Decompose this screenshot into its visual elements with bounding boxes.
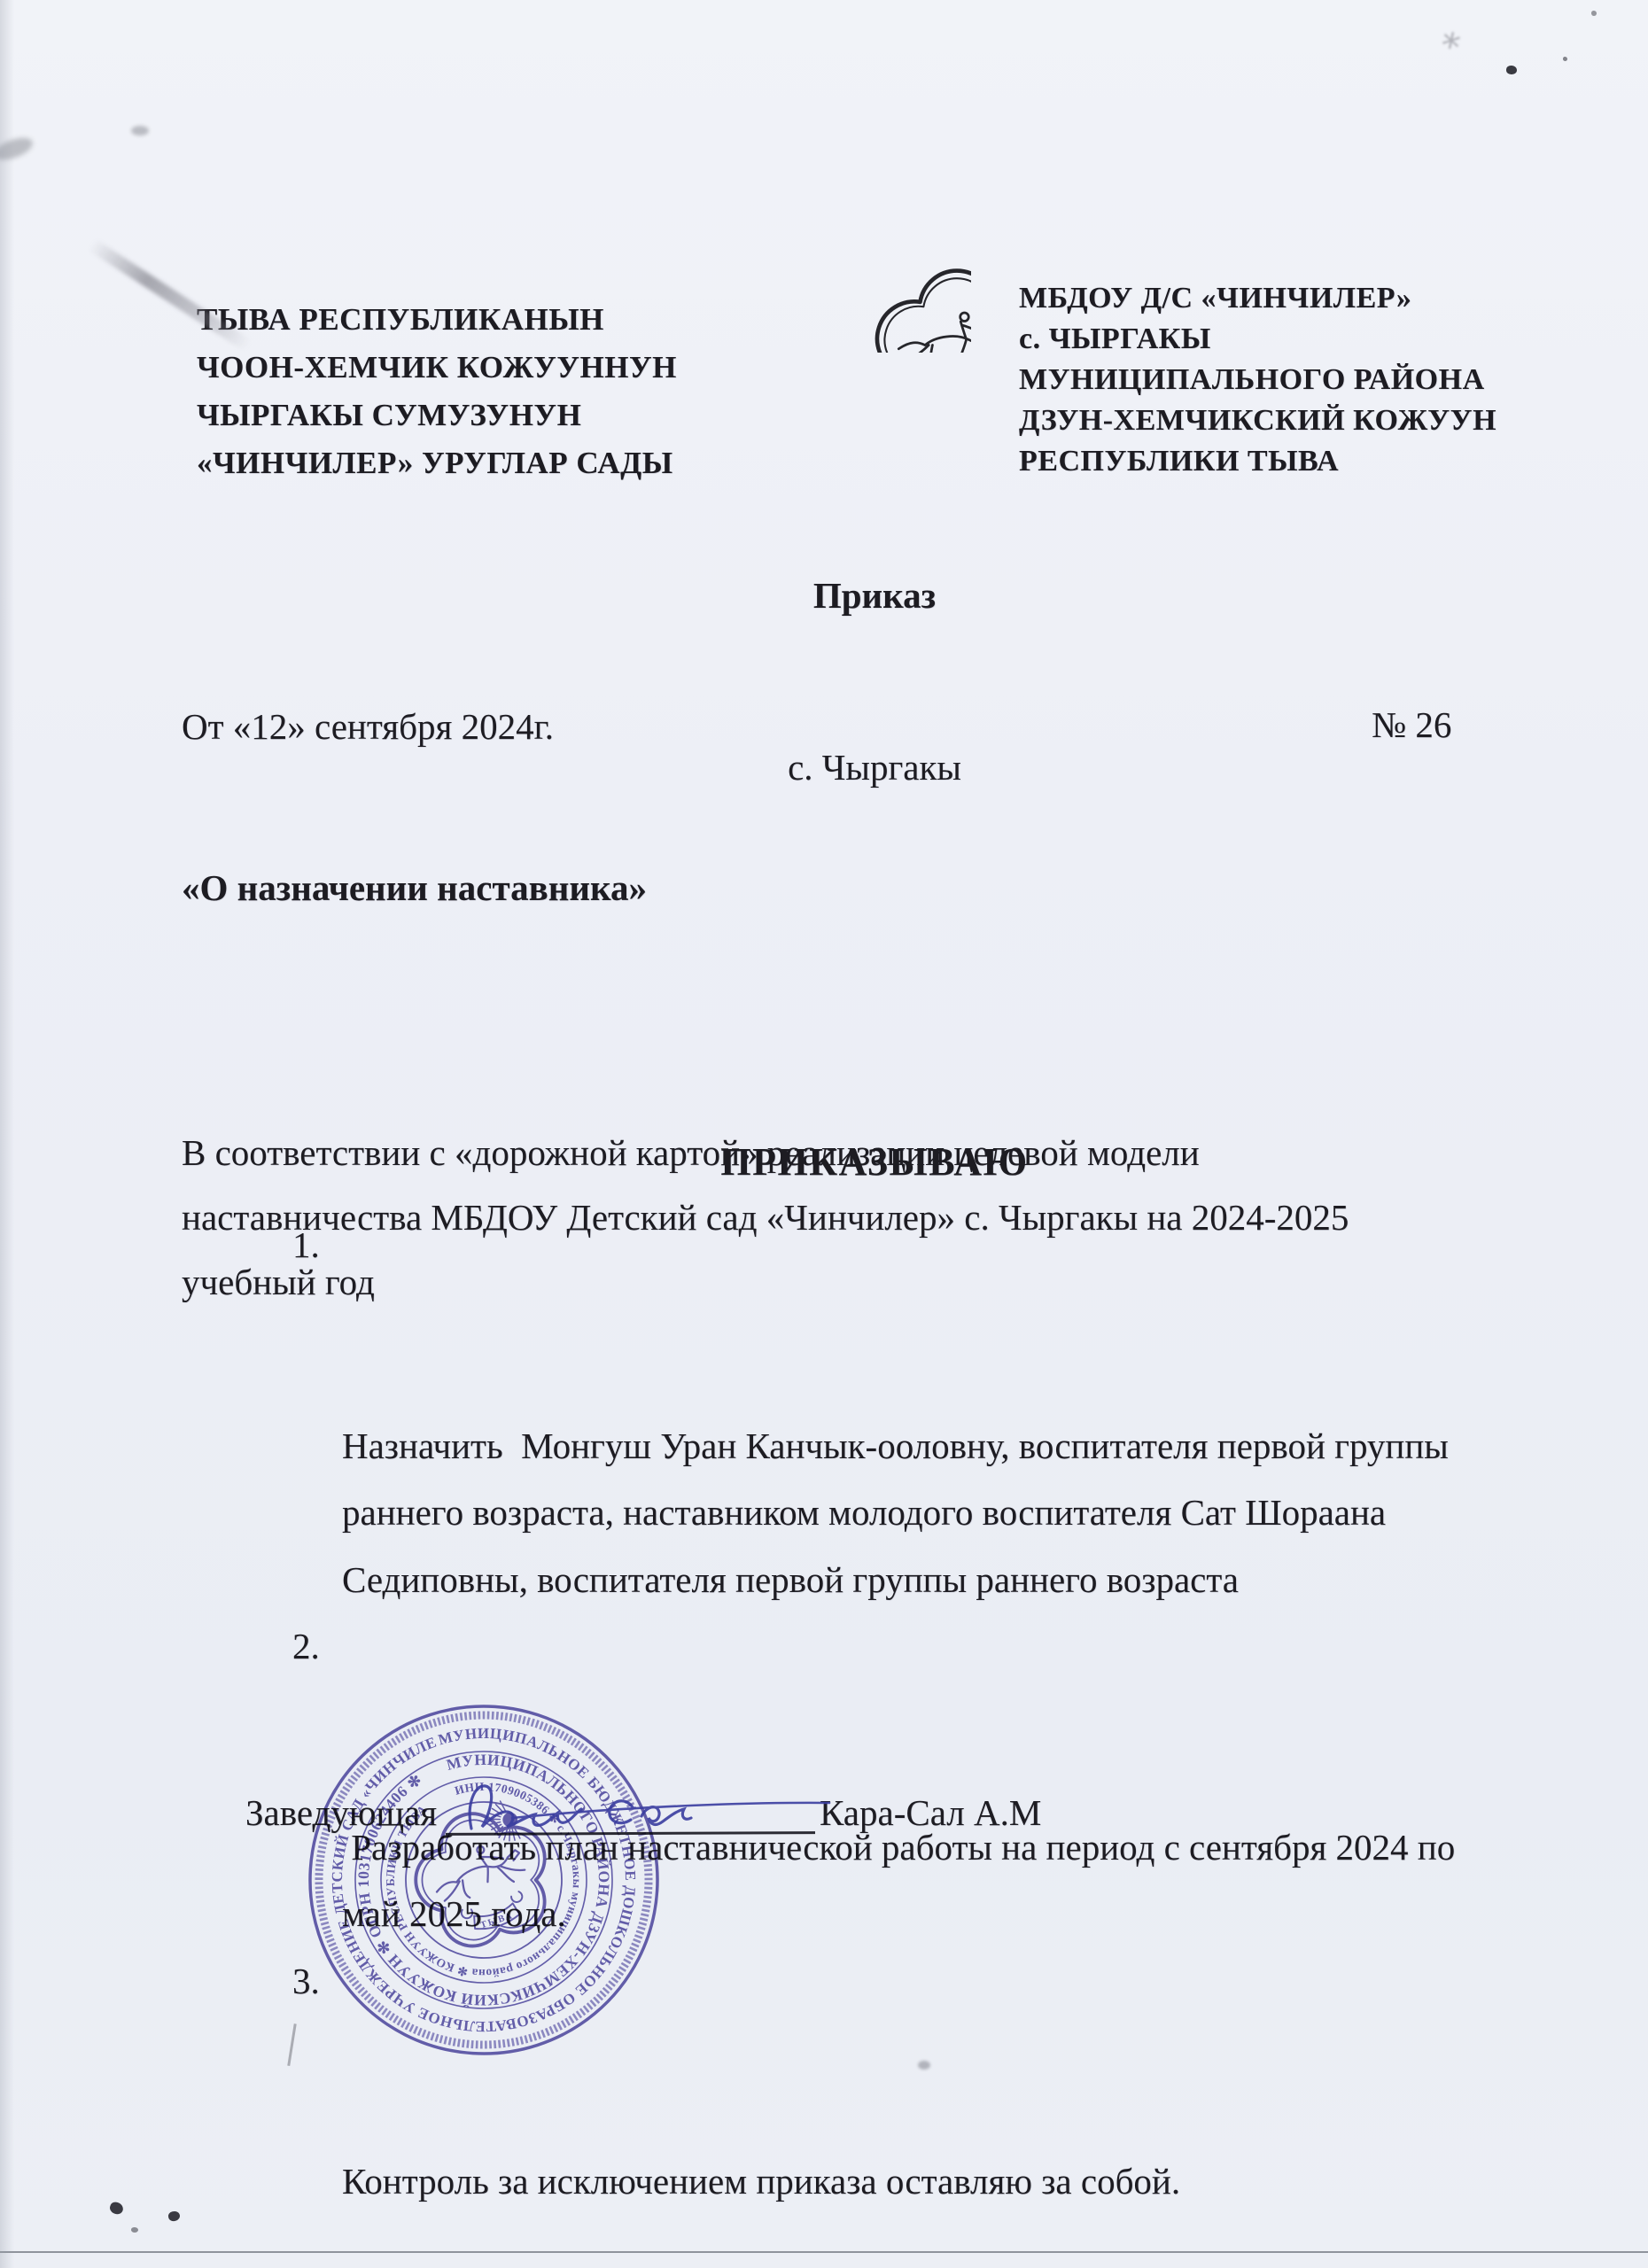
scan-smudge — [131, 126, 149, 136]
paper-edge-shading — [0, 0, 14, 2268]
scanned-order-page: ТЫВА ТЫВА РЕСПУБЛИКАНЫНЧООН-ХЕМЧИК КОЖУУ… — [0, 0, 1648, 2268]
header-right-block: МБДОУ Д/С «ЧИНЧИЛЕР»с. ЧЫРГАКЫМУНИЦИПАЛЬ… — [1019, 156, 1496, 482]
paper-edge-line — [0, 2251, 1648, 2253]
decree-item-line: Седиповны, воспитателя первой группы ран… — [342, 1547, 1449, 1614]
order-place: с. Чыргакы — [788, 746, 961, 788]
header-right-line: МБДОУ Д/С «ЧИНЧИЛЕР» — [1019, 278, 1496, 319]
signature-name: Кара-Сал А.М — [820, 1791, 1041, 1834]
scan-speck — [1563, 57, 1567, 61]
tyva-coat-of-arms-icon — [755, 165, 971, 353]
order-date: От «12» сентября 2024г. — [182, 705, 554, 748]
decree-item-line: раннего возраста, наставником молодого в… — [342, 1480, 1449, 1547]
header-right-line: ДЗУН-ХЕМЧИКСКИЙ КОЖУУН — [1019, 400, 1496, 441]
decree-item-text: Назначить Монгуш Уран Канчык-ооловну, во… — [342, 1212, 1449, 1613]
scan-speck — [167, 2210, 181, 2223]
resolution-word: ПРИКАЗЫВАЮ — [720, 1139, 1028, 1184]
stamp-outer-ring-text: МУНИЦИПАЛЬНОЕ БЮДЖЕТНОЕ ДОШКОЛЬНОЕ ОБРАЗ… — [288, 1684, 679, 2075]
order-subject: «О назначении наставника» — [182, 866, 647, 909]
order-title: Приказ — [813, 574, 936, 617]
header-right-line: МУНИЦИПАЛЬНОГО РАЙОНА — [1019, 360, 1496, 400]
decree-item-line: Контроль за исключением приказа оставляю… — [342, 2148, 1180, 2216]
scan-smudge — [0, 134, 35, 165]
decree-item: 1. Назначить Монгуш Уран Канчык-ооловну,… — [292, 1212, 1455, 1613]
header-left-line: ТЫВА РЕСПУБЛИКАНЫН — [197, 296, 677, 344]
handwritten-signature — [459, 1774, 840, 1845]
scan-speck — [108, 2201, 125, 2216]
header-left-block: ТЫВА РЕСПУБЛИКАНЫНЧООН-ХЕМЧИК КОЖУУННУНЧ… — [197, 152, 677, 487]
decree-item-line: Назначить Монгуш Уран Канчык-ооловну, во… — [342, 1413, 1449, 1480]
decree-item-number: 1. — [292, 1212, 342, 1613]
header-left-line: ЧООН-ХЕМЧИК КОЖУУННУН — [197, 344, 677, 392]
scan-mark: * — [1436, 23, 1464, 69]
scan-speck — [1591, 11, 1597, 16]
header-left-line: «ЧИНЧИЛЕР» УРУГЛАР САДЫ — [197, 439, 677, 487]
scan-speck — [1506, 66, 1517, 74]
header-left-line: ЧЫРГАКЫ СУМУЗУНУН — [197, 392, 677, 439]
order-number: № 26 — [1372, 703, 1451, 746]
header-right-line: РЕСПУБЛИКИ ТЫВА — [1019, 441, 1496, 482]
scan-speck — [131, 2227, 138, 2233]
header-right-line: с. ЧЫРГАКЫ — [1019, 319, 1496, 360]
